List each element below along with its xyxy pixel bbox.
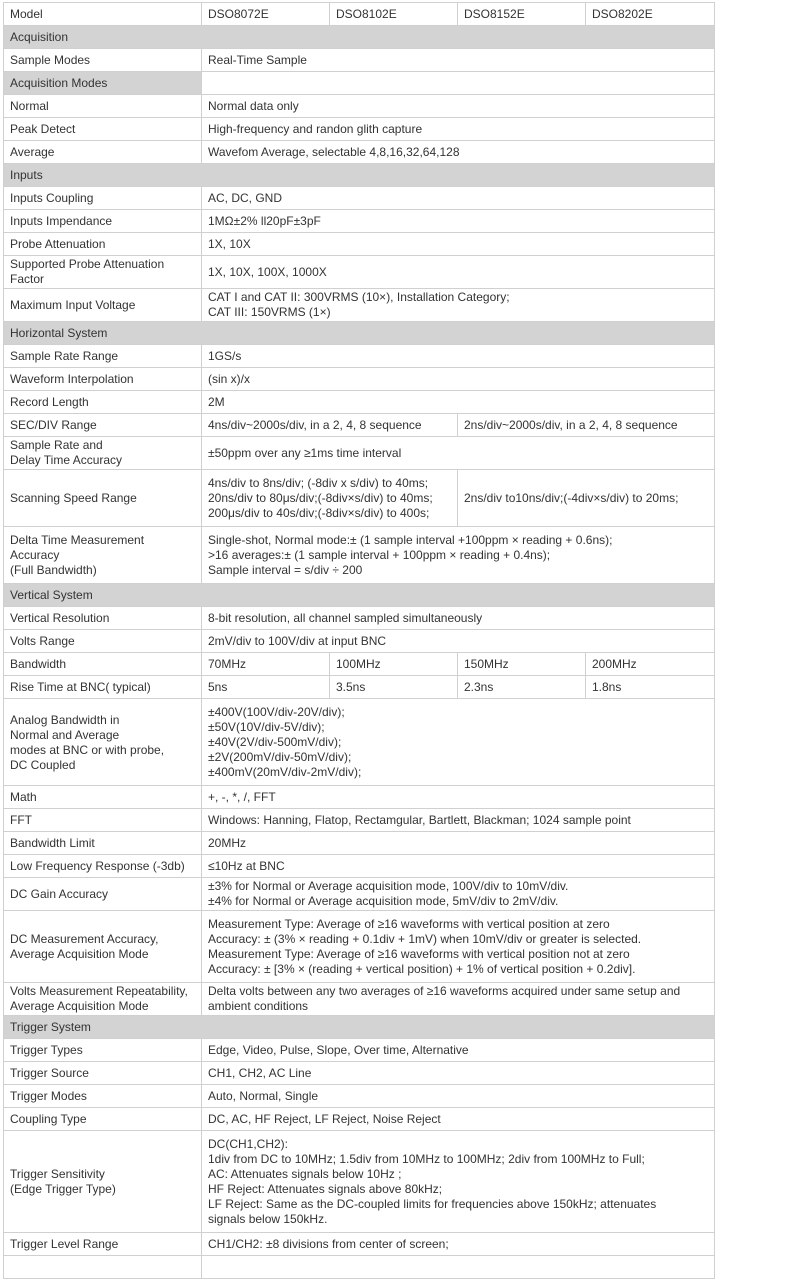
spec-label: Bandwidth <box>4 653 202 676</box>
cell-line: 1div from DC to 10MHz; 1.5div from 10MHz… <box>208 1152 708 1167</box>
cell-line: Delay Time Accuracy <box>10 453 195 468</box>
spec-label: Analog Bandwidth inNormal and Averagemod… <box>4 699 202 786</box>
spec-row-sample-modes: Sample ModesReal-Time Sample <box>4 49 715 72</box>
spec-value-model-4: 200MHz <box>586 653 715 676</box>
spec-value: 2mV/div to 100V/div at input BNC <box>202 630 715 653</box>
spec-value: 1MΩ±2% ll20pF±3pF <box>202 210 715 233</box>
spec-label: Acquisition Modes <box>4 72 202 95</box>
spec-row-scanning-speed-range: Scanning Speed Range4ns/div to 8ns/div; … <box>4 470 715 527</box>
cell-line: ±50ppm over any ≥1ms time interval <box>208 446 708 461</box>
spec-value-model-1: 70MHz <box>202 653 330 676</box>
cell-line: DC Measurement Accuracy, <box>10 932 195 947</box>
cell-line: Normal <box>10 99 195 114</box>
spec-label: FFT <box>4 809 202 832</box>
spec-label: Probe Attenuation <box>4 233 202 256</box>
cell-line: Volts Range <box>10 634 195 649</box>
spec-value: +, -, *, /, FFT <box>202 786 715 809</box>
spec-row-sec-div-range: SEC/DIV Range4ns/div~2000s/div, in a 2, … <box>4 414 715 437</box>
spec-label: DC Gain Accuracy <box>4 878 202 911</box>
spec-value: ±3% for Normal or Average acquisition mo… <box>202 878 715 911</box>
cell-line: 4ns/div~2000s/div, in a 2, 4, 8 sequence <box>208 418 451 433</box>
cell-line: Measurement Type: Average of ≥16 wavefor… <box>208 917 708 932</box>
spec-label: Scanning Speed Range <box>4 470 202 527</box>
spec-label: DC Measurement Accuracy,Average Acquisit… <box>4 911 202 983</box>
spec-row-analog-bandwidth-in: Analog Bandwidth inNormal and Averagemod… <box>4 699 715 786</box>
spec-value: 8-bit resolution, all channel sampled si… <box>202 607 715 630</box>
model-header-cell: DSO8152E <box>458 3 586 26</box>
model-header-cell: DSO8202E <box>586 3 715 26</box>
cell-line: Bandwidth Limit <box>10 836 195 851</box>
spec-value-models-3-4: 2ns/div~2000s/div, in a 2, 4, 8 sequence <box>458 414 715 437</box>
section-header-acquisition: Acquisition <box>4 26 715 49</box>
cell-line: ±4% for Normal or Average acquisition mo… <box>208 894 708 909</box>
cell-line: Sample Rate Range <box>10 349 195 364</box>
spec-row-peak-detect: Peak DetectHigh-frequency and randon gli… <box>4 118 715 141</box>
spec-row-dc-measurement-accuracy: DC Measurement Accuracy,Average Acquisit… <box>4 911 715 983</box>
spec-row-low-frequency-response-3db: Low Frequency Response (-3db)≤10Hz at BN… <box>4 855 715 878</box>
spec-label: Bandwidth Limit <box>4 832 202 855</box>
model-header-label: Model <box>4 3 202 26</box>
spec-label: Supported Probe AttenuationFactor <box>4 256 202 289</box>
cell-line: 100MHz <box>336 657 451 672</box>
cell-line: Real-Time Sample <box>208 53 708 68</box>
cell-line: Volts Measurement Repeatability, <box>10 984 195 999</box>
section-title: Horizontal System <box>4 322 715 345</box>
cell-line: Trigger Source <box>10 1066 195 1081</box>
section-header-trigger-system: Trigger System <box>4 1016 715 1039</box>
cell-line: HF Reject: Attenuates signals above 80kH… <box>208 1182 708 1197</box>
cell-line: 20ns/div to 80μs/div;(-8div×s/div) to 40… <box>208 491 451 506</box>
spec-value: Wavefom Average, selectable 4,8,16,32,64… <box>202 141 715 164</box>
spec-value: Measurement Type: Average of ≥16 wavefor… <box>202 911 715 983</box>
spec-label: Trigger Sensitivity(Edge Trigger Type) <box>4 1131 202 1233</box>
cell-line: DC Gain Accuracy <box>10 887 195 902</box>
spec-row-inputs-impendance: Inputs Impendance1MΩ±2% ll20pF±3pF <box>4 210 715 233</box>
spec-row-normal: NormalNormal data only <box>4 95 715 118</box>
cell-line: 8-bit resolution, all channel sampled si… <box>208 611 708 626</box>
cell-line: Average Acquisition Mode <box>10 999 195 1014</box>
spec-row-acquisition-modes: Acquisition Modes <box>4 72 715 95</box>
spec-row-sample-rate-range: Sample Rate Range1GS/s <box>4 345 715 368</box>
spec-row-rise-time-at-bnc-typical: Rise Time at BNC( typical)5ns3.5ns2.3ns1… <box>4 676 715 699</box>
cell-line: Normal data only <box>208 99 708 114</box>
cell-line: DC, AC, HF Reject, LF Reject, Noise Reje… <box>208 1112 708 1127</box>
cell-line: 1GS/s <box>208 349 708 364</box>
cell-line: Peak Detect <box>10 122 195 137</box>
cell-line: CH1/CH2: ±8 divisions from center of scr… <box>208 1237 708 1252</box>
spec-label: SEC/DIV Range <box>4 414 202 437</box>
spec-label: Volts Measurement Repeatability,Average … <box>4 983 202 1016</box>
cell-line: 2ns/div~2000s/div, in a 2, 4, 8 sequence <box>464 418 708 433</box>
spec-label: Trigger Level Range <box>4 1233 202 1256</box>
spec-value-model-3: 2.3ns <box>458 676 586 699</box>
cell-line: 200MHz <box>592 657 708 672</box>
cell-line: Bandwidth <box>10 657 195 672</box>
cell-line: 2ns/div to10ns/div;(-4div×s/div) to 20ms… <box>464 491 708 506</box>
cell-line: Edge, Video, Pulse, Slope, Over time, Al… <box>208 1043 708 1058</box>
spec-value: DC(CH1,CH2):1div from DC to 10MHz; 1.5di… <box>202 1131 715 1233</box>
cell-line: ±3% for Normal or Average acquisition mo… <box>208 879 708 894</box>
spec-row-dc-gain-accuracy: DC Gain Accuracy±3% for Normal or Averag… <box>4 878 715 911</box>
cell-line: Inputs Coupling <box>10 191 195 206</box>
cell-line: Normal and Average <box>10 728 195 743</box>
cell-line: AC, DC, GND <box>208 191 708 206</box>
spec-row-coupling-type: Coupling TypeDC, AC, HF Reject, LF Rejec… <box>4 1108 715 1131</box>
cell-line: 200μs/div to 40s/div;(-8div×s/div) to 40… <box>208 506 451 521</box>
cell-line: 20MHz <box>208 836 708 851</box>
cell-line: 5ns <box>208 680 323 695</box>
cell-line: Rise Time at BNC( typical) <box>10 680 195 695</box>
cell-line: (sin x)/x <box>208 372 708 387</box>
spec-label: Coupling Type <box>4 1108 202 1131</box>
spec-value-model-2: 100MHz <box>330 653 458 676</box>
spec-label: Sample Rate andDelay Time Accuracy <box>4 437 202 470</box>
spec-label: Sample Rate Range <box>4 345 202 368</box>
cell-line: AC: Attenuates signals below 10Hz ; <box>208 1167 708 1182</box>
cell-line: Average <box>10 145 195 160</box>
cell-line: ambient conditions <box>208 999 708 1014</box>
section-header-inputs: Inputs <box>4 164 715 187</box>
section-header-horizontal-system: Horizontal System <box>4 322 715 345</box>
spec-value: Real-Time Sample <box>202 49 715 72</box>
cell-line: signals below 150kHz. <box>208 1212 708 1227</box>
cell-line: LF Reject: Same as the DC-coupled limits… <box>208 1197 708 1212</box>
spec-row-maximum-input-voltage: Maximum Input VoltageCAT I and CAT II: 3… <box>4 289 715 322</box>
spec-row-record-length: Record Length2M <box>4 391 715 414</box>
spec-label: Trigger Types <box>4 1039 202 1062</box>
cell-line: 1.8ns <box>592 680 708 695</box>
spec-value: 20MHz <box>202 832 715 855</box>
cell-line: 3.5ns <box>336 680 451 695</box>
spec-value-models-1-2: 4ns/div~2000s/div, in a 2, 4, 8 sequence <box>202 414 458 437</box>
spec-value <box>202 72 715 95</box>
spec-row-trigger-source: Trigger SourceCH1, CH2, AC Line <box>4 1062 715 1085</box>
spec-label: Inputs Coupling <box>4 187 202 210</box>
cell-line: ±400V(100V/div-20V/div); <box>208 705 708 720</box>
spec-label: Sample Modes <box>4 49 202 72</box>
spec-label: Trigger Modes <box>4 1085 202 1108</box>
cell-line: 2mV/div to 100V/div at input BNC <box>208 634 708 649</box>
cell-line: Wavefom Average, selectable 4,8,16,32,64… <box>208 145 708 160</box>
model-header-cell: DSO8072E <box>202 3 330 26</box>
spec-row-average: AverageWavefom Average, selectable 4,8,1… <box>4 141 715 164</box>
cell-line: CAT III: 150VRMS (1×) <box>208 305 708 320</box>
specifications-table-body: Model DSO8072E DSO8102E DSO8152E DSO8202… <box>4 3 715 1279</box>
spec-value: ±400V(100V/div-20V/div);±50V(10V/div-5V/… <box>202 699 715 786</box>
cell-line: Factor <box>10 272 195 287</box>
spec-value: ≤10Hz at BNC <box>202 855 715 878</box>
spec-value: Edge, Video, Pulse, Slope, Over time, Al… <box>202 1039 715 1062</box>
spec-value: Normal data only <box>202 95 715 118</box>
cell-line: Measurement Type: Average of ≥16 wavefor… <box>208 947 708 962</box>
spec-label: Trigger Source <box>4 1062 202 1085</box>
spec-value: CH1/CH2: ±8 divisions from center of scr… <box>202 1233 715 1256</box>
spec-value-model-2: 3.5ns <box>330 676 458 699</box>
spec-row-vertical-resolution: Vertical Resolution8-bit resolution, all… <box>4 607 715 630</box>
spec-value <box>202 1256 715 1279</box>
cell-line: Low Frequency Response (-3db) <box>10 859 195 874</box>
cell-line: High-frequency and randon glith capture <box>208 122 708 137</box>
spec-label: Volts Range <box>4 630 202 653</box>
spec-label: Average <box>4 141 202 164</box>
spec-label: Vertical Resolution <box>4 607 202 630</box>
spec-label: Record Length <box>4 391 202 414</box>
cell-line: SEC/DIV Range <box>10 418 195 433</box>
spec-value: CH1, CH2, AC Line <box>202 1062 715 1085</box>
spec-row-math: Math+, -, *, /, FFT <box>4 786 715 809</box>
spec-row-delta-time-measurement: Delta Time MeasurementAccuracy(Full Band… <box>4 527 715 584</box>
cell-line: Math <box>10 790 195 805</box>
spec-row-bandwidth-limit: Bandwidth Limit20MHz <box>4 832 715 855</box>
spec-label: Waveform Interpolation <box>4 368 202 391</box>
cell-line: 70MHz <box>208 657 323 672</box>
cell-line: Sample interval = s/div ÷ 200 <box>208 563 708 578</box>
spec-label: Low Frequency Response (-3db) <box>4 855 202 878</box>
cell-line: Probe Attenuation <box>10 237 195 252</box>
cell-line: DC Coupled <box>10 758 195 773</box>
spec-row-volts-measurement-repeatability: Volts Measurement Repeatability,Average … <box>4 983 715 1016</box>
cell-line: FFT <box>10 813 195 828</box>
spec-label: Inputs Impendance <box>4 210 202 233</box>
section-title: Inputs <box>4 164 715 187</box>
spec-row-trigger-modes: Trigger ModesAuto, Normal, Single <box>4 1085 715 1108</box>
model-header-cell: DSO8102E <box>330 3 458 26</box>
cell-line: (Edge Trigger Type) <box>10 1182 195 1197</box>
cell-line: Trigger Sensitivity <box>10 1167 195 1182</box>
spec-value: Auto, Normal, Single <box>202 1085 715 1108</box>
spec-row-trigger-types: Trigger TypesEdge, Video, Pulse, Slope, … <box>4 1039 715 1062</box>
spec-value: 1X, 10X <box>202 233 715 256</box>
spec-label <box>4 1256 202 1279</box>
cell-line: CAT I and CAT II: 300VRMS (10×), Install… <box>208 290 708 305</box>
cell-line: Average Acquisition Mode <box>10 947 195 962</box>
cell-line: modes at BNC or with probe, <box>10 743 195 758</box>
spec-row-trigger-sensitivity: Trigger Sensitivity(Edge Trigger Type)DC… <box>4 1131 715 1233</box>
cell-line: Coupling Type <box>10 1112 195 1127</box>
cell-line: Sample Rate and <box>10 438 195 453</box>
cell-line: Scanning Speed Range <box>10 491 195 506</box>
cell-line: 1X, 10X, 100X, 1000X <box>208 265 708 280</box>
spec-label: Rise Time at BNC( typical) <box>4 676 202 699</box>
spec-row-supported-probe-attenuation: Supported Probe AttenuationFactor1X, 10X… <box>4 256 715 289</box>
spec-value-models-3-4: 2ns/div to10ns/div;(-4div×s/div) to 20ms… <box>458 470 715 527</box>
cell-line: 1MΩ±2% ll20pF±3pF <box>208 214 708 229</box>
spec-value-model-3: 150MHz <box>458 653 586 676</box>
spec-row-volts-range: Volts Range2mV/div to 100V/div at input … <box>4 630 715 653</box>
spec-row-bandwidth: Bandwidth70MHz100MHz150MHz200MHz <box>4 653 715 676</box>
cell-line: Accuracy: ± [3% × (reading + vertical po… <box>208 962 708 977</box>
spec-row-trigger-level-range: Trigger Level RangeCH1/CH2: ±8 divisions… <box>4 1233 715 1256</box>
spec-value: 2M <box>202 391 715 414</box>
cell-line: (Full Bandwidth) <box>10 563 195 578</box>
section-title: Vertical System <box>4 584 715 607</box>
spec-value: 1GS/s <box>202 345 715 368</box>
spec-label: Math <box>4 786 202 809</box>
cell-line: >16 averages:± (1 sample interval + 100p… <box>208 548 708 563</box>
model-header-row: Model DSO8072E DSO8102E DSO8152E DSO8202… <box>4 3 715 26</box>
spec-value-model-1: 5ns <box>202 676 330 699</box>
cell-line: ±400mV(20mV/div-2mV/div); <box>208 765 708 780</box>
spec-row-sample-rate-and: Sample Rate andDelay Time Accuracy±50ppm… <box>4 437 715 470</box>
cell-line: Acquisition Modes <box>10 76 195 91</box>
cell-line: Single-shot, Normal mode:± (1 sample int… <box>208 533 708 548</box>
cell-line: Delta volts between any two averages of … <box>208 984 708 999</box>
cell-line: ≤10Hz at BNC <box>208 859 708 874</box>
cell-line: Trigger Modes <box>10 1089 195 1104</box>
spec-label: Normal <box>4 95 202 118</box>
spec-label: Maximum Input Voltage <box>4 289 202 322</box>
spec-value-models-1-2: 4ns/div to 8ns/div; (-8div x s/div) to 4… <box>202 470 458 527</box>
spec-value: DC, AC, HF Reject, LF Reject, Noise Reje… <box>202 1108 715 1131</box>
cell-line: 2.3ns <box>464 680 579 695</box>
cell-line: Accuracy <box>10 548 195 563</box>
cell-line: Maximum Input Voltage <box>10 298 195 313</box>
cell-line: Trigger Types <box>10 1043 195 1058</box>
cell-line: Inputs Impendance <box>10 214 195 229</box>
cell-line: Windows: Hanning, Flatop, Rectamgular, B… <box>208 813 708 828</box>
cell-line: Waveform Interpolation <box>10 372 195 387</box>
cell-line: Record Length <box>10 395 195 410</box>
cell-line: 1X, 10X <box>208 237 708 252</box>
cell-line: Sample Modes <box>10 53 195 68</box>
section-title: Acquisition <box>4 26 715 49</box>
cell-line: Trigger Level Range <box>10 1237 195 1252</box>
section-header-vertical-system: Vertical System <box>4 584 715 607</box>
spec-label: Peak Detect <box>4 118 202 141</box>
cell-line: Accuracy: ± (3% × reading + 0.1div + 1mV… <box>208 932 708 947</box>
spec-row-waveform-interpolation: Waveform Interpolation(sin x)/x <box>4 368 715 391</box>
cell-line: ±2V(200mV/div-50mV/div); <box>208 750 708 765</box>
spec-value: Windows: Hanning, Flatop, Rectamgular, B… <box>202 809 715 832</box>
spec-label: Delta Time MeasurementAccuracy(Full Band… <box>4 527 202 584</box>
spec-value: ±50ppm over any ≥1ms time interval <box>202 437 715 470</box>
cell-line: CH1, CH2, AC Line <box>208 1066 708 1081</box>
cell-line: ±40V(2V/div-500mV/div); <box>208 735 708 750</box>
cell-line: 2M <box>208 395 708 410</box>
spec-value: Single-shot, Normal mode:± (1 sample int… <box>202 527 715 584</box>
spec-value: 1X, 10X, 100X, 1000X <box>202 256 715 289</box>
spec-row-probe-attenuation: Probe Attenuation1X, 10X <box>4 233 715 256</box>
cell-line: 150MHz <box>464 657 579 672</box>
cell-line: ±50V(10V/div-5V/div); <box>208 720 708 735</box>
cell-line: DC(CH1,CH2): <box>208 1137 708 1152</box>
spec-value: (sin x)/x <box>202 368 715 391</box>
spec-row-fft: FFTWindows: Hanning, Flatop, Rectamgular… <box>4 809 715 832</box>
cell-line: Supported Probe Attenuation <box>10 257 195 272</box>
spec-value: AC, DC, GND <box>202 187 715 210</box>
spec-value-model-4: 1.8ns <box>586 676 715 699</box>
specifications-table: Model DSO8072E DSO8102E DSO8152E DSO8202… <box>3 2 715 1279</box>
cell-line: +, -, *, /, FFT <box>208 790 708 805</box>
cell-line: Delta Time Measurement <box>10 533 195 548</box>
cell-line: 4ns/div to 8ns/div; (-8div x s/div) to 4… <box>208 476 451 491</box>
spec-value: High-frequency and randon glith capture <box>202 118 715 141</box>
spec-row-inputs-coupling: Inputs CouplingAC, DC, GND <box>4 187 715 210</box>
spec-value: Delta volts between any two averages of … <box>202 983 715 1016</box>
cell-line: Analog Bandwidth in <box>10 713 195 728</box>
section-title: Trigger System <box>4 1016 715 1039</box>
spec-row-blank <box>4 1256 715 1279</box>
spec-value: CAT I and CAT II: 300VRMS (10×), Install… <box>202 289 715 322</box>
cell-line: Vertical Resolution <box>10 611 195 626</box>
cell-line: Auto, Normal, Single <box>208 1089 708 1104</box>
